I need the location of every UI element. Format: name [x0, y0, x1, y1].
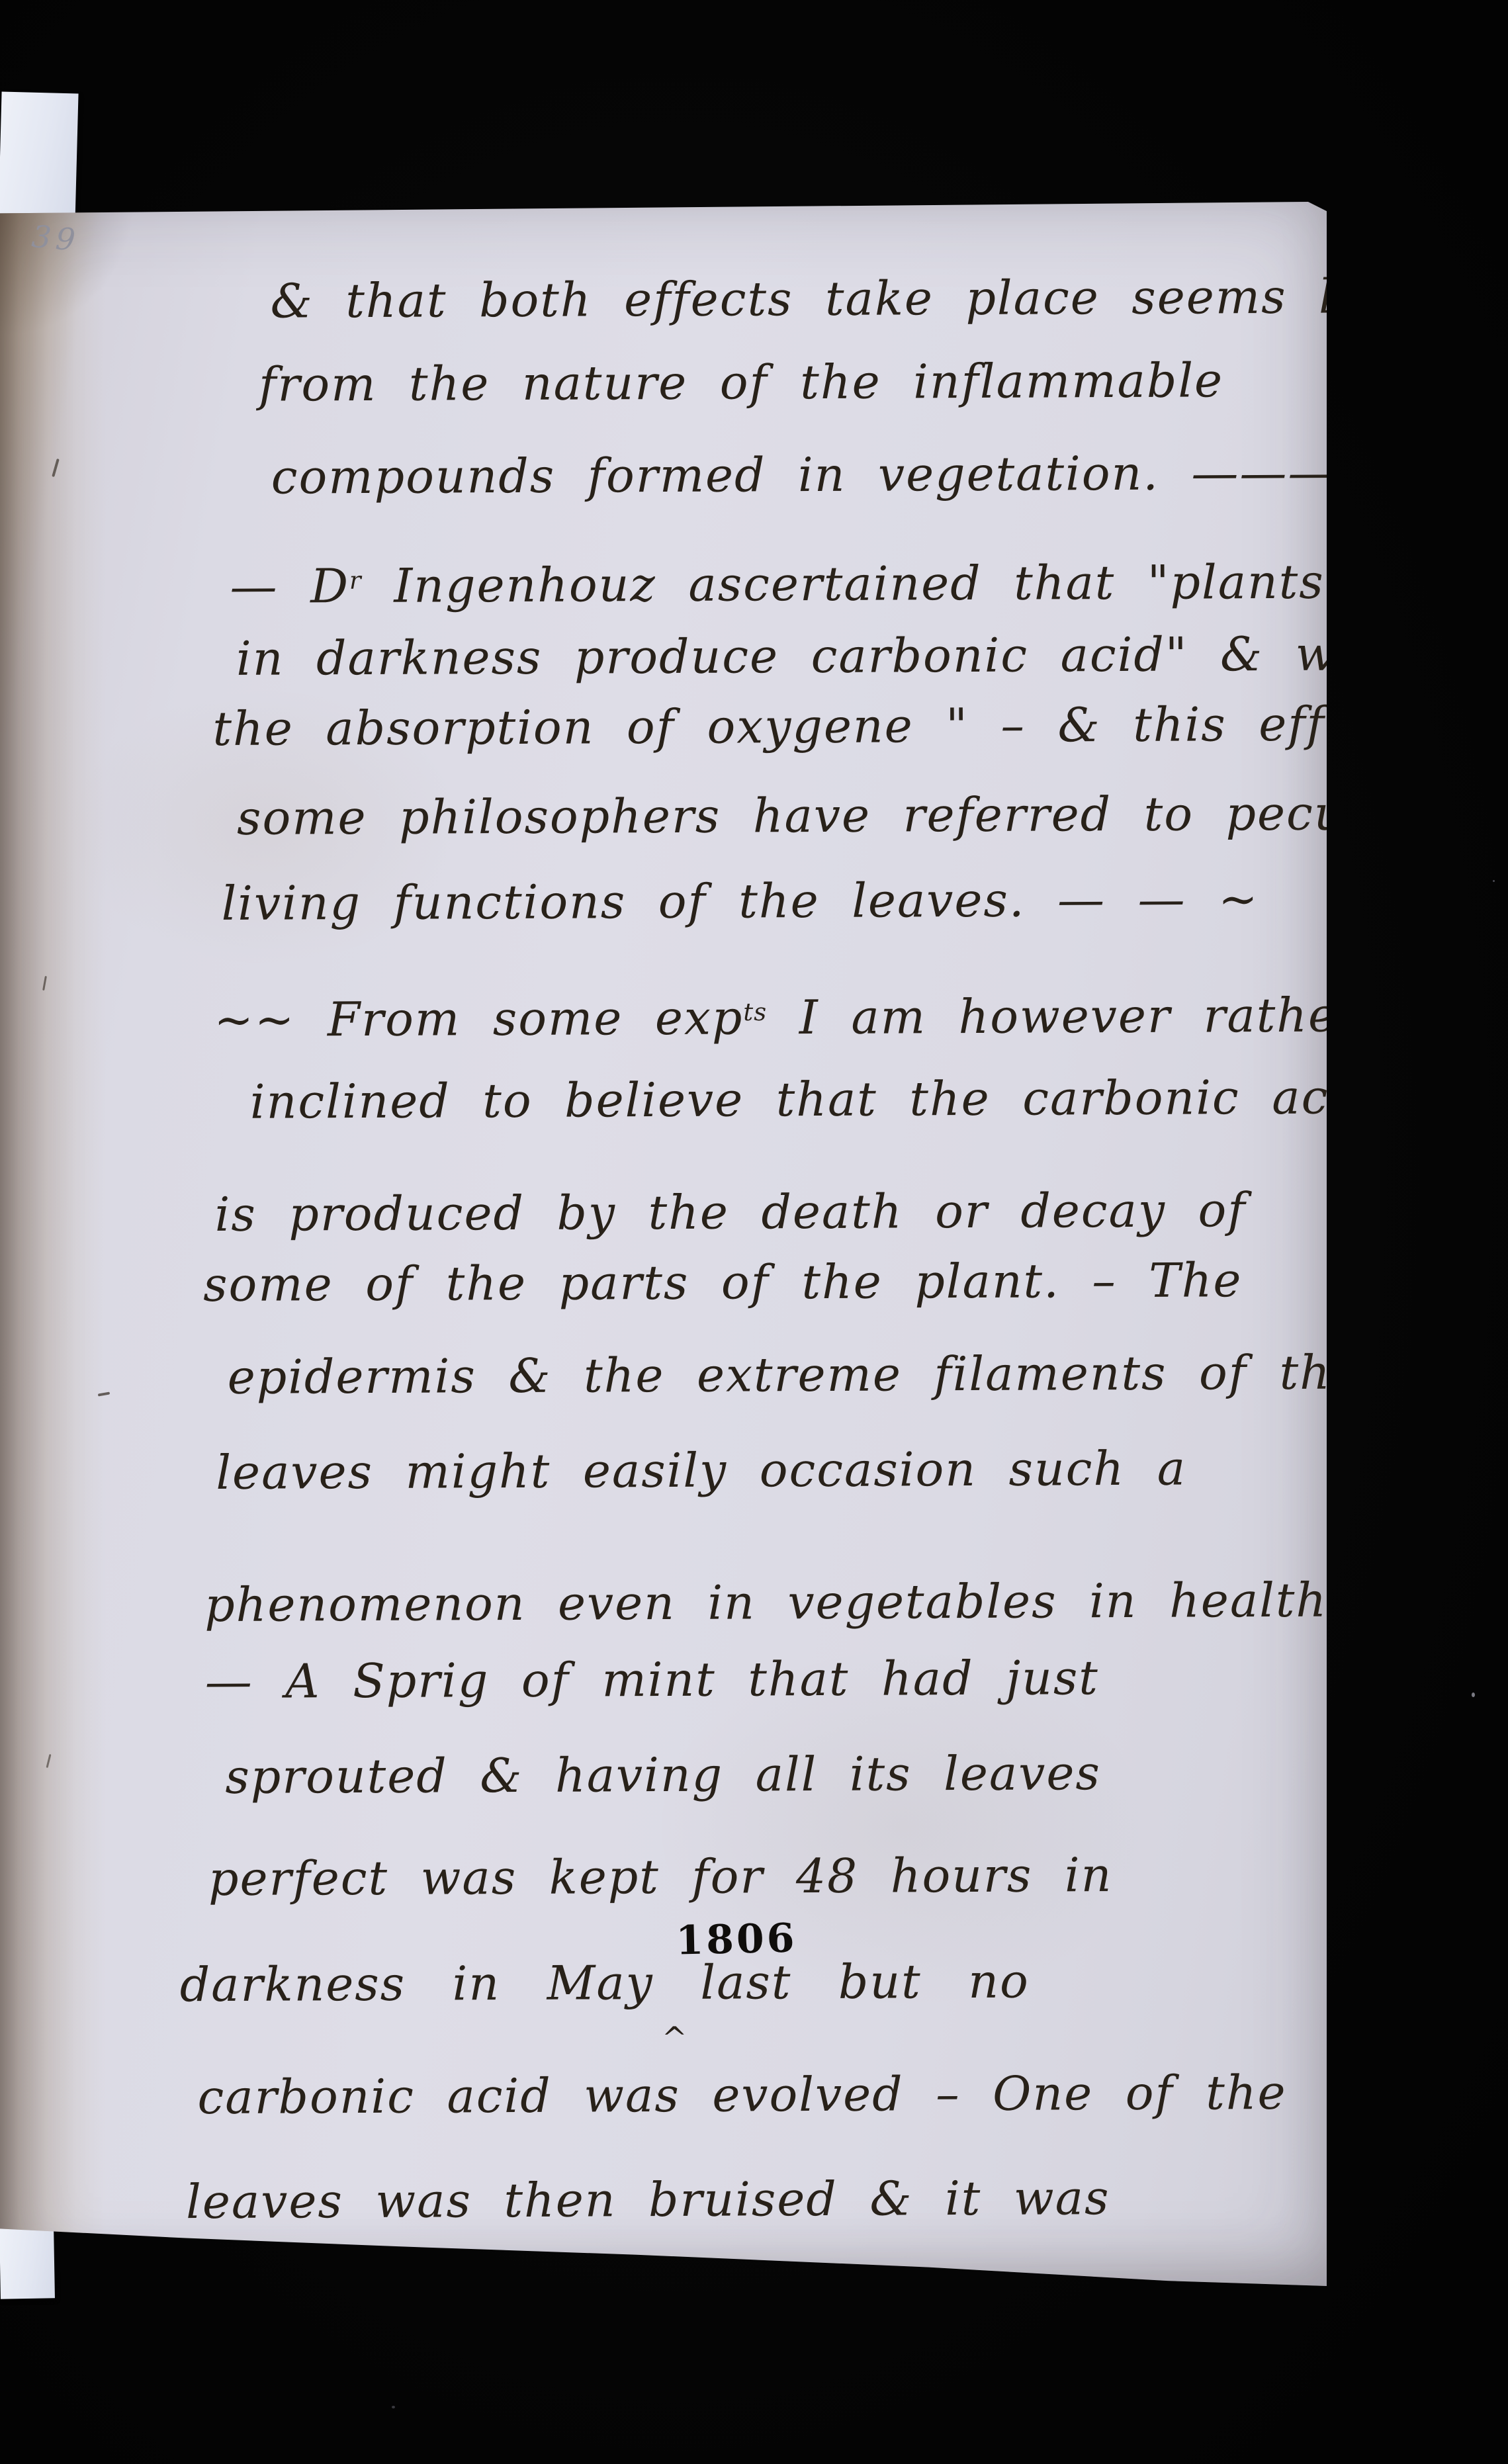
- manuscript-line: the absorption of oxygene " – & this eff…: [212, 700, 1402, 752]
- line-segment: I am however rather: [767, 987, 1361, 1045]
- manuscript-line: — Dr Ingenhouz ascertained that "plants: [230, 558, 1325, 610]
- dust-speck: [1472, 1693, 1475, 1697]
- manuscript-line: compounds formed in vegetation. ———: [271, 449, 1337, 501]
- archive-tab-top: [0, 92, 79, 224]
- line-segment: ~~ From some exp: [214, 990, 743, 1047]
- manuscript-line: some philosophers have referred to pecul…: [237, 789, 1431, 842]
- manuscript-line: phenomenon even in vegetables in health.: [204, 1577, 1344, 1629]
- manuscript-line: living functions of the leaves. — — ~: [221, 875, 1259, 927]
- manuscript-line: epidermis & the extreme filaments of the: [228, 1348, 1360, 1400]
- archive-tab-bottom: [0, 2225, 55, 2299]
- line-segment: Ingenhouz ascertained that "plants: [362, 554, 1325, 613]
- insertion-caret: ^: [662, 2020, 687, 2056]
- manuscript-line: leaves might easily occasion such a: [216, 1445, 1186, 1496]
- manuscript-line: inclined to believe that the carbonic ac…: [250, 1073, 1377, 1125]
- manuscript-line: sprouted & having all its leaves: [225, 1749, 1101, 1800]
- line-segment: — D: [230, 558, 349, 614]
- superscript-segment: ts: [743, 998, 767, 1026]
- manuscript-line: from the nature of the inflammable: [259, 357, 1223, 408]
- manuscript-line: & that both effects take place seems lik…: [270, 273, 1454, 325]
- manuscript-line: — A Sprig of mint that had just: [205, 1654, 1099, 1705]
- manuscript-line: some of the parts of the plant. – The: [203, 1256, 1243, 1308]
- manuscript-line: in darkness produce carbonic acid" & wit…: [236, 630, 1405, 682]
- manuscript-line: darkness in May last but no: [180, 1958, 1030, 2009]
- superscript-segment: r: [349, 566, 362, 595]
- manuscript-text: & that both effects take place seems lik…: [0, 199, 1336, 2289]
- dust-speck: [1493, 880, 1495, 882]
- manuscript-line: is produced by the death or decay of: [215, 1186, 1247, 1238]
- photo-backdrop: 39 & that both effects take place seems …: [0, 0, 1508, 2464]
- dust-speck: [392, 2406, 395, 2408]
- manuscript-line: carbonic acid was evolved – One of the: [197, 2069, 1286, 2121]
- inserted-year: 1806: [676, 1915, 797, 1964]
- manuscript-page: 39 & that both effects take place seems …: [0, 202, 1327, 2286]
- manuscript-line: leaves was then bruised & it was: [186, 2174, 1110, 2225]
- manuscript-line: perfect was kept for 48 hours in: [208, 1851, 1113, 1902]
- manuscript-line: ~~ From some expts I am however rather: [214, 991, 1361, 1043]
